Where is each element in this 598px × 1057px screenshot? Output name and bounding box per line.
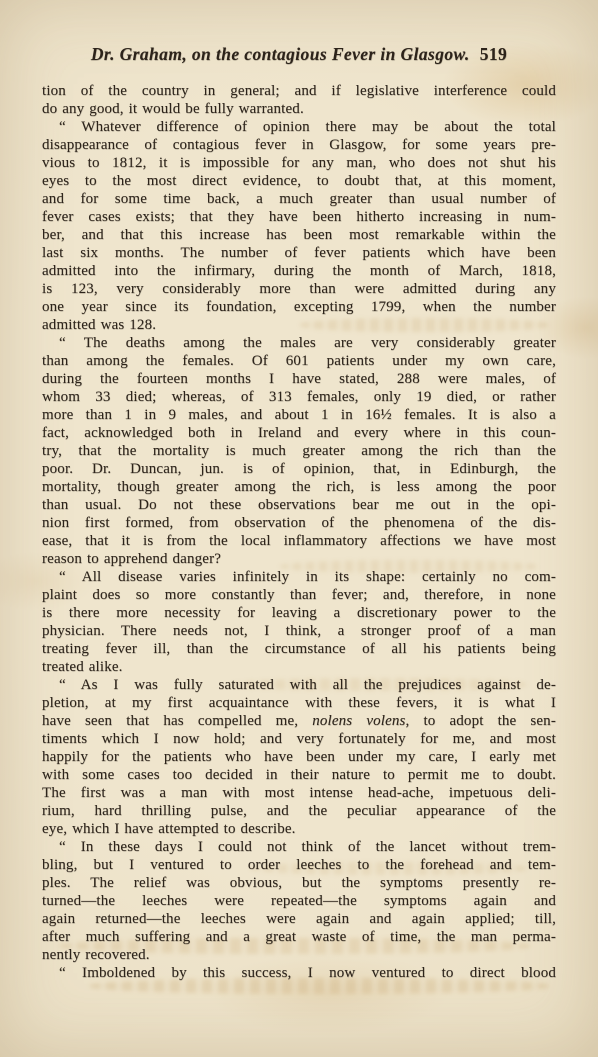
text-line: timents which I now hold; and very fortu…: [42, 730, 556, 748]
paragraph: “ Imboldened by this success, I now vent…: [42, 964, 556, 982]
text-line: rium, hard thrilling pulse, and the pecu…: [42, 802, 556, 820]
text-line: treated alike.: [42, 658, 556, 676]
text-line: last six months. The number of fever pat…: [42, 244, 556, 262]
text-line: admitted was 128.: [42, 316, 556, 334]
text-line: poor. Dr. Duncan, jun. is of opinion, th…: [42, 460, 556, 478]
text-line: and for some time back, a much greater t…: [42, 190, 556, 208]
paragraph: “ All disease varies infinitely in its s…: [42, 568, 556, 676]
text-line: “ Whatever difference of opinion there m…: [42, 118, 556, 136]
text-line: ber, and that this increase has been mos…: [42, 226, 556, 244]
text-line: one year since its foundation, excepting…: [42, 298, 556, 316]
text-line: fact, acknowledged both in Ireland and e…: [42, 424, 556, 442]
scanned-book-page: Dr. Graham, on the contagious Fever in G…: [0, 0, 598, 1057]
text-line: “ The deaths among the males are very co…: [42, 334, 556, 352]
text-line: again returned—the leeches were again an…: [42, 910, 556, 928]
text-line: plaint does so more constantly than feve…: [42, 586, 556, 604]
text-line: pletion, at my first acquaintance with t…: [42, 694, 556, 712]
text-line: “ Imboldened by this success, I now vent…: [42, 964, 556, 982]
text-line: “ As I was fully saturated with all the …: [42, 676, 556, 694]
text-line: reason to apprehend danger?: [42, 550, 556, 568]
text-line: admitted into the infirmary, during the …: [42, 262, 556, 280]
text-line: vious to 1812, it is impossible for any …: [42, 154, 556, 172]
text-line: disappearance of contagious fever in Gla…: [42, 136, 556, 154]
page-number: 519: [480, 44, 507, 64]
paragraph: “ As I was fully saturated with all the …: [42, 676, 556, 838]
paragraph: “ In these days I could not think of the…: [42, 838, 556, 964]
text-line: “ In these days I could not think of the…: [42, 838, 556, 856]
text-line: fever cases exists; that they have been …: [42, 208, 556, 226]
paragraph: tion of the country in general; and if l…: [42, 82, 556, 118]
text-line: try, that the mortality is much greater …: [42, 442, 556, 460]
running-header: Dr. Graham, on the contagious Fever in G…: [30, 44, 568, 65]
text-line: happily for the patients who have been u…: [42, 748, 556, 766]
text-line: than usual. Do not these observations be…: [42, 496, 556, 514]
text-line: nion first formed, from observation of t…: [42, 514, 556, 532]
text-line: have seen that has compelled me, nolens …: [42, 712, 556, 730]
text-line: after much suffering and a great waste o…: [42, 928, 556, 946]
text-line: do any good, it would be fully warranted…: [42, 100, 556, 118]
text-line: than among the females. Of 601 patients …: [42, 352, 556, 370]
text-line: ease, that it is from the local inflamma…: [42, 532, 556, 550]
paragraph: “ Whatever difference of opinion there m…: [42, 118, 556, 334]
text-line: turned—the leeches were repeated—the sym…: [42, 892, 556, 910]
text-line: eyes to the most direct evidence, to dou…: [42, 172, 556, 190]
body-text: tion of the country in general; and if l…: [42, 82, 556, 982]
text-line: ples. The relief was obvious, but the sy…: [42, 874, 556, 892]
text-line: with some cases too decided in their nat…: [42, 766, 556, 784]
running-header-title: Dr. Graham, on the contagious Fever in G…: [91, 44, 470, 64]
text-line: mortality, though greater among the rich…: [42, 478, 556, 496]
text-line: more than 1 in 9 males, and about 1 in 1…: [42, 406, 556, 424]
text-line: tion of the country in general; and if l…: [42, 82, 556, 100]
text-line: physician. There needs not, I think, a s…: [42, 622, 556, 640]
paragraph: “ The deaths among the males are very co…: [42, 334, 556, 568]
text-line: treating fever ill, than the circumstanc…: [42, 640, 556, 658]
text-line: eye, which I have attempted to describe.: [42, 820, 556, 838]
text-line: bling, but I ventured to order leeches t…: [42, 856, 556, 874]
text-line: is 123, very considerably more than were…: [42, 280, 556, 298]
text-line: “ All disease varies infinitely in its s…: [42, 568, 556, 586]
text-line: is there more necessity for leaving a di…: [42, 604, 556, 622]
text-line: nently recovered.: [42, 946, 556, 964]
text-line: during the fourteen months I have stated…: [42, 370, 556, 388]
text-line: whom 33 died; whereas, of 313 females, o…: [42, 388, 556, 406]
text-line: The first was a man with most intense he…: [42, 784, 556, 802]
